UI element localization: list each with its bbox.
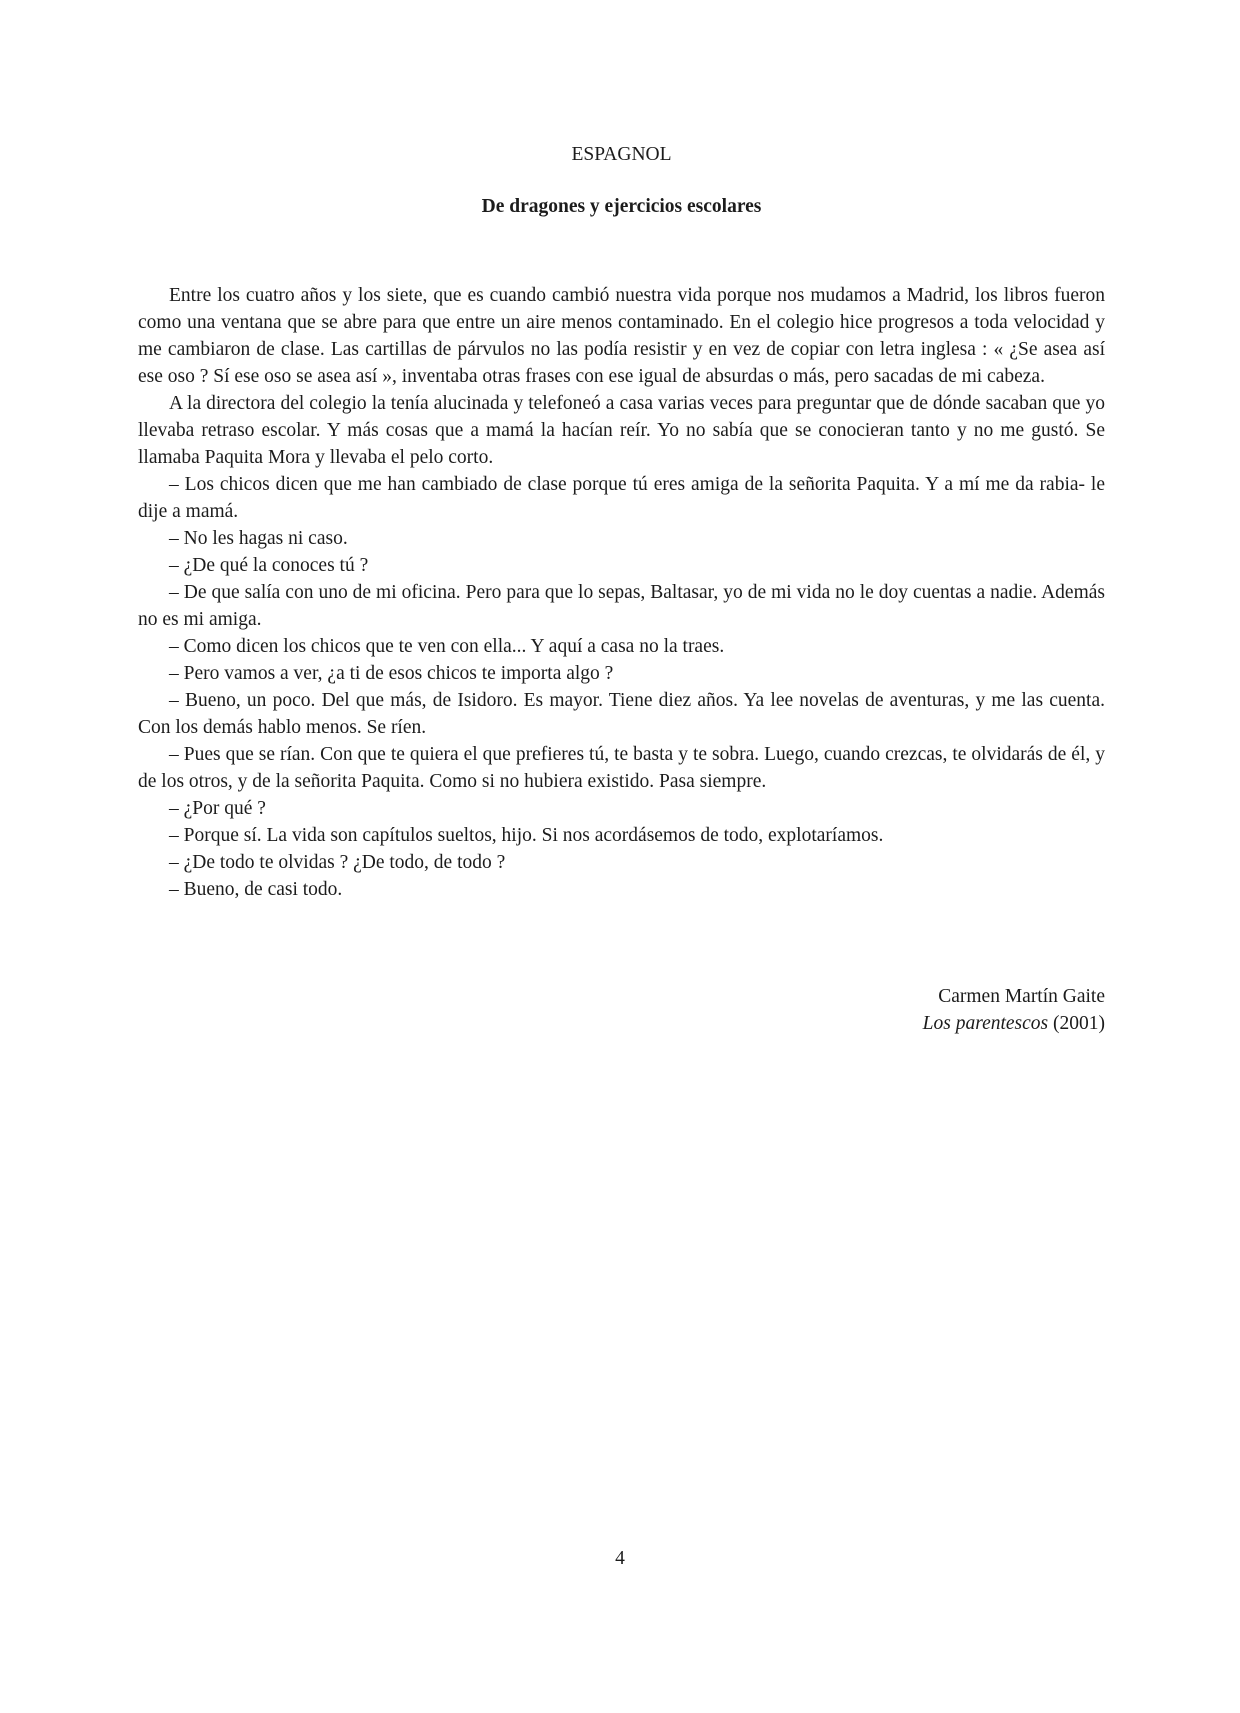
- page-number: 4: [0, 1545, 1240, 1572]
- attribution: Carmen Martín Gaite Los parentescos (200…: [138, 983, 1105, 1037]
- paragraph: Entre los cuatro años y los siete, que e…: [138, 282, 1105, 390]
- dialogue-line: – No les hagas ni caso.: [138, 525, 1105, 552]
- dialogue-line: – Los chicos dicen que me han cambiado d…: [138, 471, 1105, 525]
- attribution-work-line: Los parentescos (2001): [138, 1010, 1105, 1037]
- dialogue-line: – ¿De todo te olvidas ? ¿De todo, de tod…: [138, 849, 1105, 876]
- attribution-author: Carmen Martín Gaite: [138, 983, 1105, 1010]
- text-title: De dragones y ejercicios escolares: [138, 193, 1105, 220]
- dialogue-line: – Pero vamos a ver, ¿a ti de esos chicos…: [138, 660, 1105, 687]
- dialogue-line: – ¿Por qué ?: [138, 795, 1105, 822]
- dialogue-line: – Pues que se rían. Con que te quiera el…: [138, 741, 1105, 795]
- dialogue-line: – Bueno, un poco. Del que más, de Isidor…: [138, 687, 1105, 741]
- attribution-year: (2001): [1053, 1013, 1105, 1034]
- attribution-work-title: Los parentescos: [923, 1013, 1048, 1034]
- dialogue-line: – Como dicen los chicos que te ven con e…: [138, 633, 1105, 660]
- dialogue-line: – Porque sí. La vida son capítulos suelt…: [138, 822, 1105, 849]
- paragraph: A la directora del colegio la tenía aluc…: [138, 390, 1105, 471]
- dialogue-line: – Bueno, de casi todo.: [138, 876, 1105, 903]
- page-content: ESPAGNOL De dragones y ejercicios escola…: [138, 141, 1105, 1037]
- document-page: ESPAGNOL De dragones y ejercicios escola…: [0, 0, 1240, 1713]
- text-body: Entre los cuatro años y los siete, que e…: [138, 282, 1105, 903]
- dialogue-line: – ¿De qué la conoces tú ?: [138, 552, 1105, 579]
- subject-header: ESPAGNOL: [138, 141, 1105, 168]
- dialogue-line: – De que salía con uno de mi oficina. Pe…: [138, 579, 1105, 633]
